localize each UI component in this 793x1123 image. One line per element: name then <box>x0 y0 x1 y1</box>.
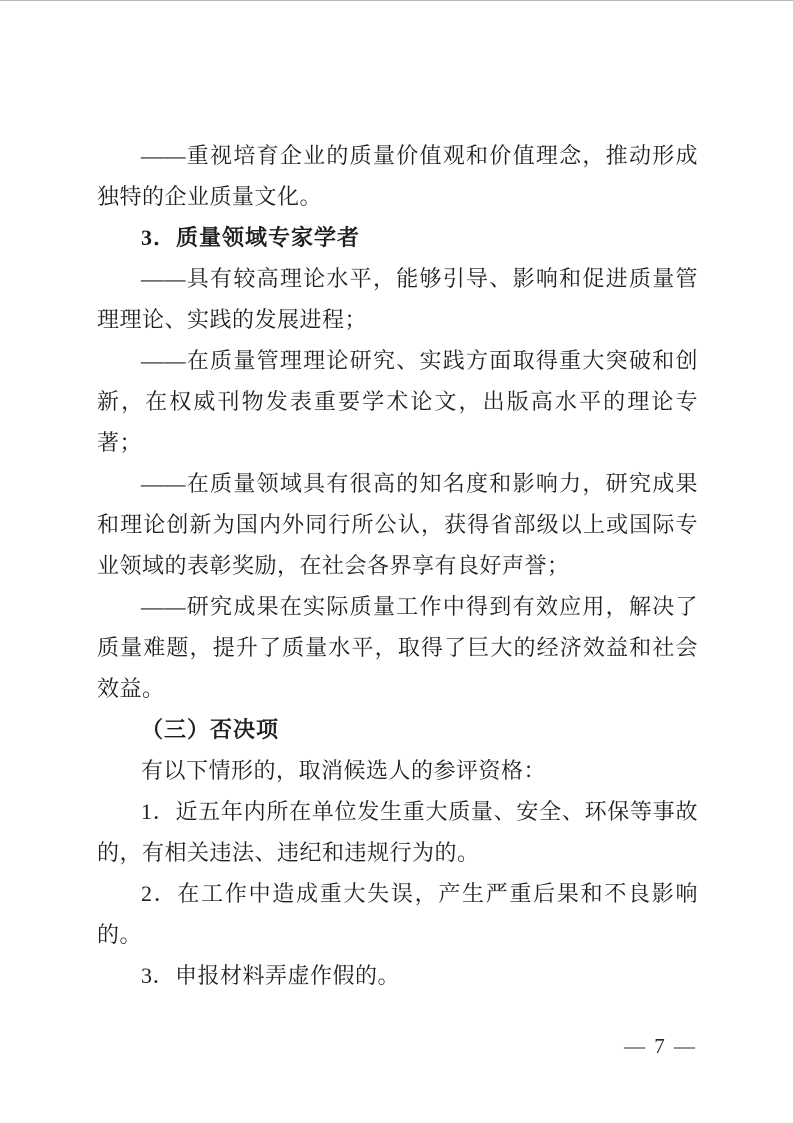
section-heading: （三）否决项 <box>97 709 698 750</box>
paragraph: 2．在工作中造成重大失误，产生严重后果和不良影响的。 <box>97 873 698 955</box>
paragraph: ——重视培育企业的质量价值观和价值理念，推动形成独特的企业质量文化。 <box>97 135 698 217</box>
paragraph: 有以下情形的，取消候选人的参评资格： <box>97 750 698 791</box>
page-number: — 7 — <box>624 1032 697 1060</box>
paragraph: ——在质量领域具有很高的知名度和影响力，研究成果和理论创新为国内外同行所公认，获… <box>97 463 698 586</box>
paragraph: ——研究成果在实际质量工作中得到有效应用，解决了质量难题，提升了质量水平，取得了… <box>97 586 698 709</box>
paragraph: ——在质量管理理论研究、实践方面取得重大突破和创新，在权威刊物发表重要学术论文，… <box>97 340 698 463</box>
paragraph: ——具有较高理论水平，能够引导、影响和促进质量管理理论、实践的发展进程； <box>97 258 698 340</box>
document-body: ——重视培育企业的质量价值观和价值理念，推动形成独特的企业质量文化。 3．质量领… <box>97 135 698 996</box>
paragraph: 3．申报材料弄虚作假的。 <box>97 955 698 996</box>
section-heading: 3．质量领域专家学者 <box>97 217 698 258</box>
document-page: ——重视培育企业的质量价值观和价值理念，推动形成独特的企业质量文化。 3．质量领… <box>0 0 793 1123</box>
paragraph: 1．近五年内所在单位发生重大质量、安全、环保等事故的，有相关违法、违纪和违规行为… <box>97 791 698 873</box>
